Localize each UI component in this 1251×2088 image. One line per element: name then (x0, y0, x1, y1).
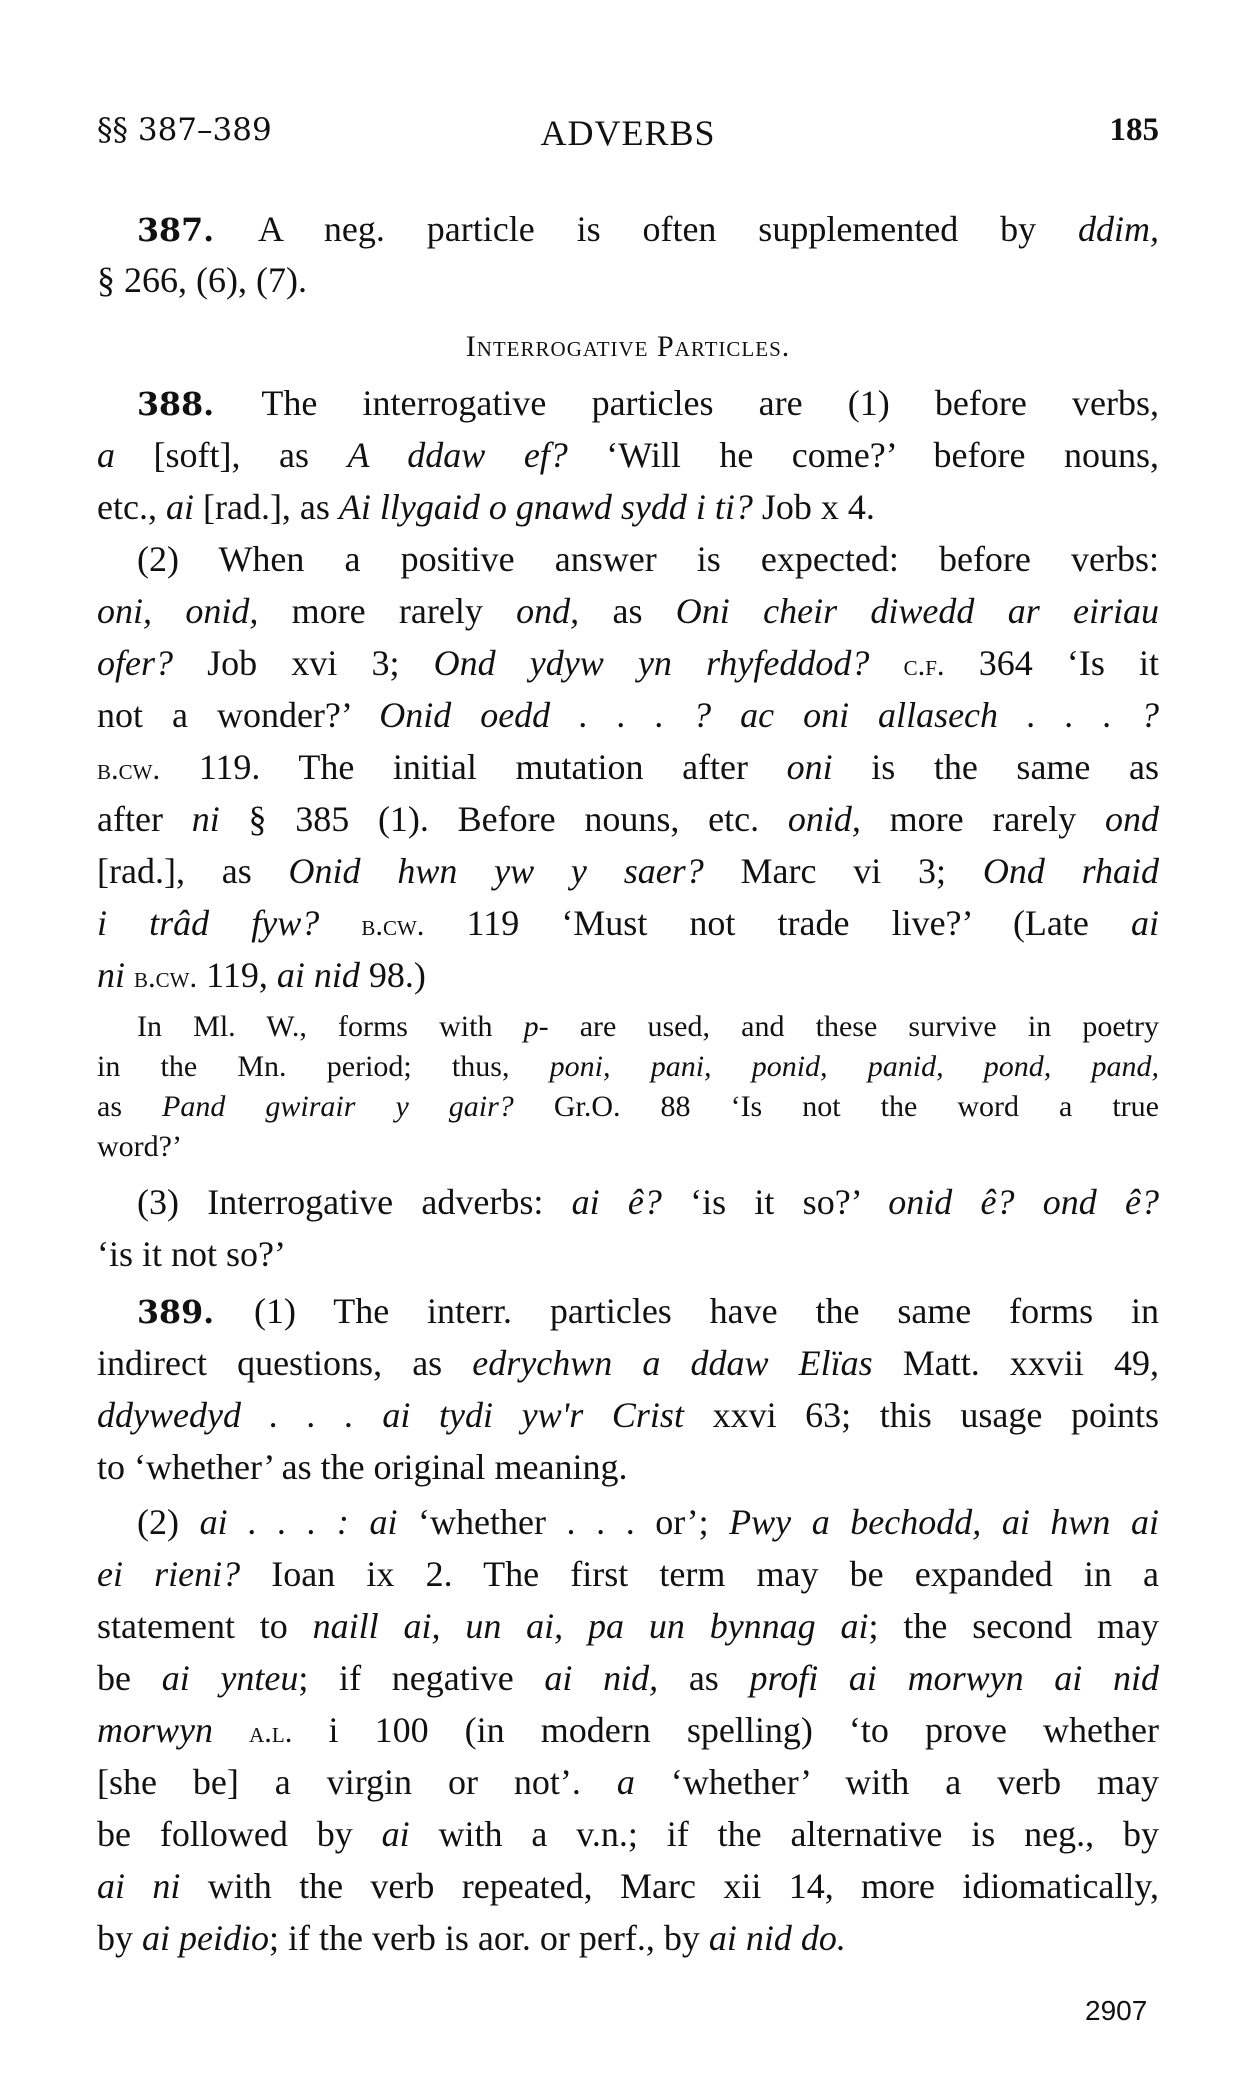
scan-number: 2907 (1085, 1995, 1147, 2027)
section-388-line: ni b.cw. 119, ai nid 98.) (97, 953, 1159, 999)
abbreviation: a.l. (249, 1715, 292, 1749)
section-389-line: statement to naill ai, un ai, pa un bynn… (97, 1604, 1159, 1648)
section-389-line: by ai peidio; if the verb is aor. or per… (97, 1916, 1159, 1960)
italic-text: ai ê? (572, 1182, 662, 1222)
section-389-line: 389. (1) The interr. particles have the … (97, 1289, 1159, 1335)
section-389-line: to ‘whether’ as the original meaning. (97, 1445, 1159, 1489)
italic-text: morwyn (97, 1710, 213, 1750)
italic-text: ond (1105, 799, 1159, 839)
small-print-line: in the Mn. period; thus, poni, pani, pon… (97, 1048, 1159, 1086)
italic-text: ai (382, 1814, 410, 1854)
small-print-line: word?’ (97, 1128, 1159, 1166)
italic-text: ei rieni? (97, 1554, 240, 1594)
section-388-line: (2) When a positive answer is expected: … (97, 537, 1159, 581)
italic-text: Pwy a bechodd, ai hwn ai (729, 1502, 1159, 1542)
italic-text: a (97, 435, 115, 475)
section-388-line: [rad.], as Onid hwn yw y saer? Marc vi 3… (97, 849, 1159, 893)
italic-text: ddim, (1078, 209, 1159, 249)
italic-text: ond, (516, 591, 579, 631)
abbreviation: b.cw. (361, 908, 424, 942)
section-388-line: b.cw. 119. The initial mutation after on… (97, 745, 1159, 791)
section-388-line: not a wonder?’ Onid oedd . . . ? ac oni … (97, 693, 1159, 737)
italic-text: Oni cheir diwedd ar eiriau (676, 591, 1159, 631)
section-389-line: ddywedyd . . . ai tydi yw'r Crist xxvi 6… (97, 1393, 1159, 1437)
italic-text: Pand gwirair y gair? (162, 1090, 514, 1123)
page-number: 185 (1110, 112, 1160, 149)
section-388-line: etc., ai [rad.], as Ai llygaid o gnawd s… (97, 485, 1159, 529)
italic-text: edrychwn a ddaw Elïas (472, 1343, 872, 1383)
abbreviation: b.cw. (134, 960, 197, 994)
italic-text: naill ai, un ai, pa un bynnag ai (313, 1606, 869, 1646)
italic-text: oni, onid, (97, 591, 258, 631)
section-number: 387. (137, 212, 258, 249)
small-print-line: In Ml. W., forms with p- are used, and t… (97, 1008, 1159, 1046)
section-388-line: i trâd fyw? b.cw. 119 ‘Must not trade li… (97, 901, 1159, 947)
italic-text: Ond ydyw yn rhyfeddod? (434, 643, 870, 683)
chapter-title: ADVERBS (97, 112, 1159, 154)
section-388-line: oni, onid, more rarely ond, as Oni cheir… (97, 589, 1159, 633)
section-388-line: ofer? Job xvi 3; Ond ydyw yn rhyfeddod? … (97, 641, 1159, 687)
italic-text: ai (1131, 903, 1159, 943)
italic-text: ai ynteu (162, 1658, 299, 1698)
italic-text: ai ni (97, 1866, 180, 1906)
italic-text: onid, (788, 799, 861, 839)
section-389-line: (2) ai . . . : ai ‘whether . . . or’; Pw… (97, 1500, 1159, 1544)
section-389-line: indirect questions, as edrychwn a ddaw E… (97, 1341, 1159, 1385)
small-print-line: as Pand gwirair y gair? Gr.O. 88 ‘Is not… (97, 1088, 1159, 1126)
section-387-line: 387. A neg. particle is often supplement… (97, 207, 1159, 253)
section-388-line: after ni § 385 (1). Before nouns, etc. o… (97, 797, 1159, 841)
italic-text: ai . . . : ai (200, 1502, 398, 1542)
section-389-line: ai ni with the verb repeated, Marc xii 1… (97, 1864, 1159, 1908)
section-388-line: a [soft], as A ddaw ef? ‘Will he come?’ … (97, 433, 1159, 477)
section-389-line: ei rieni? Ioan ix 2. The first term may … (97, 1552, 1159, 1596)
section-389-line: be ai ynteu; if negative ai nid, as prof… (97, 1656, 1159, 1700)
section-389-line: be followed by ai with a v.n.; if the al… (97, 1812, 1159, 1856)
section-number: 388. (137, 386, 261, 423)
running-head: §§ 387–389 ADVERBS 185 (97, 112, 1159, 162)
italic-text: i trâd fyw? (97, 903, 319, 943)
section-387-line: § 266, (6), (7). (97, 258, 1159, 302)
italic-text: p- (524, 1010, 549, 1043)
section-389-line: morwyn a.l. i 100 (in modern spelling) ‘… (97, 1708, 1159, 1754)
italic-text: ddywedyd . . . ai tydi yw'r Crist (97, 1395, 684, 1435)
section-389-line: [she be] a virgin or not’. a ‘whether’ w… (97, 1760, 1159, 1804)
italic-text: oni (787, 747, 833, 787)
italic-text: ni (97, 955, 125, 995)
italic-text: Onid oedd . . . ? ac oni allasech . . . … (379, 695, 1159, 735)
italic-text: Onid hwn yw y saer? (289, 851, 704, 891)
section-388-line: ‘is it not so?’ (97, 1232, 1159, 1276)
italic-text: ofer? (97, 643, 173, 683)
italic-text: onid ê? ond ê? (888, 1182, 1159, 1222)
italic-text: ai nid, (544, 1658, 658, 1698)
abbreviation: b.cw. (97, 752, 160, 786)
italic-text: Ond rhaid (983, 851, 1159, 891)
italic-text: ai peidio (142, 1918, 269, 1958)
section-number: 389. (137, 1294, 254, 1331)
abbreviation: c.f. (904, 648, 945, 682)
italic-text: ai nid (277, 955, 360, 995)
section-388-line: (3) Interrogative adverbs: ai ê? ‘is it … (97, 1180, 1159, 1224)
italic-text: ni (192, 799, 220, 839)
italic-text: A ddaw ef? (347, 435, 567, 475)
section-heading: Interrogative Particles. (97, 330, 1159, 364)
italic-text: ai nid do. (709, 1918, 846, 1958)
italic-text: profi ai morwyn ai nid (750, 1658, 1159, 1698)
italic-text: a (617, 1762, 635, 1802)
section-388-line: 388. The interrogative particles are (1)… (97, 381, 1159, 427)
italic-text: Ai llygaid o gnawd sydd i ti? (339, 487, 753, 527)
italic-text: ai (166, 487, 194, 527)
italic-text: poni, pani, ponid, panid, pond, pand, (550, 1050, 1159, 1083)
